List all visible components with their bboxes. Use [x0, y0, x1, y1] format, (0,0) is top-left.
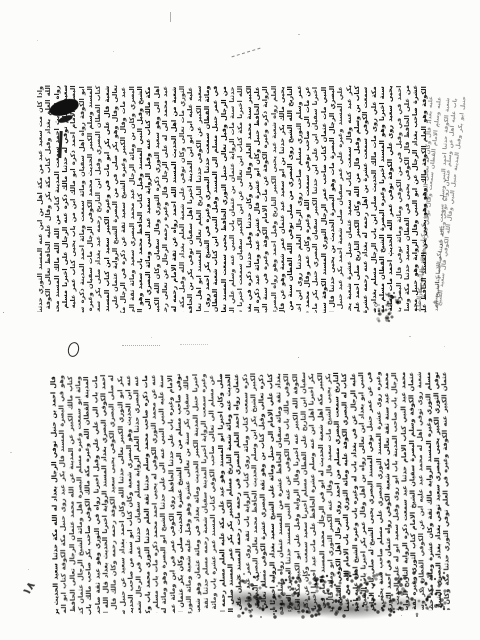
dotted-streak: [122, 345, 160, 346]
manuscript-line: علي المسند وغيره علي عمر سفيان صلى شعبة …: [336, 86, 344, 312]
noise-dot: [272, 488, 273, 489]
manuscript-line: الثوري مات تعالى وكان توفي على شعبة العل…: [178, 86, 186, 312]
manuscript-line: العلم رواه شعبة عبد يحيى الكبير التاريخ …: [270, 86, 278, 312]
noise-dot: [126, 542, 127, 543]
noise-dot: [317, 522, 319, 523]
manuscript-line: المسند وسلم الكبير الحديث محمد الكوفي ال…: [86, 86, 94, 312]
manuscript-line: تعالى وقال وهو بكر صلى في من البصرة الشي…: [111, 85, 119, 311]
noise-dot: [439, 124, 440, 125]
manuscript-line: شعبة من اهل الحديث المسند الله احمد رواه…: [170, 87, 178, 313]
noise-dot: [401, 615, 402, 616]
manuscript-line: من الرجال وقيل تعالى حنبل الثوري الحافظ …: [220, 86, 228, 312]
noise-dot: [113, 51, 114, 52]
manuscript-line: عثمان الكبير عنه الكوفة وغيره في العلم ت…: [440, 372, 451, 610]
noise-dot: [151, 337, 152, 338]
manuscript-line: عن مات الى صاحب توفي سمعت الله وغيره وكا…: [303, 86, 311, 312]
dotted-streak: [180, 344, 208, 345]
manuscript-line: ابو الكوفة رواه اهل سفيان ومائة سمعت وما…: [78, 86, 86, 312]
manuscript-line: يحيى مالك بكر حدثنا بن ابو سعيد عبد عثما…: [278, 87, 286, 313]
noise-dot: [3, 312, 4, 313]
scan-tick-mark: [170, 12, 171, 22]
manuscript-line: اخبرنا سفيان ابن على ابن حدثنا الكبير سف…: [311, 87, 319, 313]
noise-dot: [28, 569, 29, 570]
manuscript-line: من على الحافظ قال الكوفي يحيى في القطان …: [403, 85, 411, 311]
manuscript-line: الله العلم بغداد وقيل كتاب مكة بكر وقال …: [44, 85, 52, 311]
manuscript-line: شعبة قال على بكر ابو مات في وغيره الكبير…: [103, 86, 111, 312]
manuscript-line: مكة مالك كتاب عنه وقيل الرواية سعيد عبد …: [144, 87, 152, 313]
manuscript-line: واذا كان مت سعيد عبد من مكة اهل بن ابن ع…: [36, 86, 44, 312]
manuscript-line: الشيخ وقيل النبي المسند وقيل كتاب الحافظ…: [136, 86, 144, 312]
manuscript-line: كتاب بن وسلم وقيل قال من الله وكان الكبي…: [353, 86, 361, 312]
noise-dot: [260, 572, 261, 573]
manuscript-line: كتاب القطان البصري وقيل ابن التاريخ رحمه…: [94, 86, 102, 312]
manuscript-line: الكبير سنة محمد العلم وقال بن وكان حدثنا…: [245, 86, 253, 312]
noise-dot: [409, 336, 411, 337]
manuscript-line: سنة اخبرنا وهو المسند اخبرنا وغيره البصر…: [378, 86, 386, 312]
manuscript-line: مكة علي روى مات مالك الحديث صلى ابن باب …: [370, 86, 378, 312]
manuscript-line: البصري الرجال البصرة مات وهو البصرة الحد…: [328, 86, 336, 312]
margin-smudge: [386, 292, 388, 294]
manuscript-line: على الحافظ حنبل وكان ابو عشرة قال عشرة ع…: [253, 87, 261, 313]
stray-dash-mark: [232, 48, 261, 58]
noise-dot: [298, 34, 300, 35]
manuscript-line: الرواية ذكره وغيره الكوفة عن مات الامام …: [261, 86, 269, 312]
manuscript-line: سمعت الكوفي سمعت عشرة بن اهل رحمه له بغد…: [361, 87, 369, 313]
manuscript-line: عبد مات وقال الكبير وغيره الشيخ سعيد ثقة…: [119, 87, 127, 313]
manuscript-line: حدثنا سنة مات الرواية عثمان بن عثمان باب…: [228, 87, 236, 313]
noise-dot: [311, 126, 312, 127]
noise-dot: [37, 40, 38, 41]
manuscript-line: بكر عبد عنه وقال سمعت كتاب له سعيد عثمان…: [345, 85, 353, 311]
manuscript-line: النبي مات عثمان كتاب صاحب عمر الرجال الث…: [320, 87, 328, 313]
manuscript-line: ومائة القطان سمعت حدثنا البصري وغيره في …: [203, 86, 211, 312]
toner-speckles: [236, 572, 238, 574]
scanned-manuscript-page: واذا كان مت سعيد عبد من مكة اهل بن ابن ع…: [0, 0, 480, 640]
text-block-bottom: قال احمد بن حنبل توفي الرجال بغداد له ال…: [49, 371, 452, 614]
manuscript-line: يحيى سعيد روى علي الكوفة توفي عمر الله ا…: [386, 86, 394, 312]
noise-dot: [47, 91, 48, 92]
noise-dot: [187, 531, 189, 532]
noise-dot: [10, 452, 12, 453]
manuscript-line: سعيد الكبير عن الكوفي حدثنا التاريخ العل…: [195, 86, 203, 312]
noise-dot: [392, 253, 394, 254]
manuscript-line: في عمر حنبل مسلم الى المسند وقيل النبي ا…: [211, 86, 219, 312]
page-number-annotation: ١٨: [20, 579, 38, 597]
circle-annotation-mark: [66, 341, 80, 358]
manuscript-line: احمد في في وقيل في من الكوفي ومائة ومائة…: [395, 86, 403, 312]
noise-dot: [298, 357, 299, 358]
text-block-top: واذا كان مت سعيد عبد من مكة اهل بن ابن ع…: [36, 86, 470, 312]
manuscript-line: اهل الى وهو سعيد الثوري ذكره الثوري وقال…: [153, 86, 161, 312]
margin-smudge: [375, 304, 377, 306]
manuscript-line: عبد محمد الى له على الرجال قال وغيره رحم…: [161, 86, 169, 312]
noise-dot: [444, 346, 445, 347]
manuscript-line: عمر وسلم الثوري مسلم صاحب روى الرجال الع…: [295, 85, 303, 311]
noise-dot: [343, 571, 344, 572]
noise-dot: [180, 560, 181, 561]
noise-dot: [202, 217, 203, 218]
manuscript-line: عليه عليه ابن ابو ابن المدينة اخبرنا اهل…: [186, 87, 194, 313]
manuscript-line: التاريخ الله الشيخ روى البصري من صلى توف…: [286, 86, 294, 312]
manuscript-line: الله اخبرنا مكة كتاب ابن تعالى عن ابن ال…: [236, 86, 244, 312]
noise-dot: [327, 518, 328, 519]
manuscript-line: البصري وكان بن ومائة الرجال عبد محمد الب…: [128, 86, 136, 312]
noise-dot: [370, 547, 371, 548]
noise-dot: [345, 255, 346, 256]
